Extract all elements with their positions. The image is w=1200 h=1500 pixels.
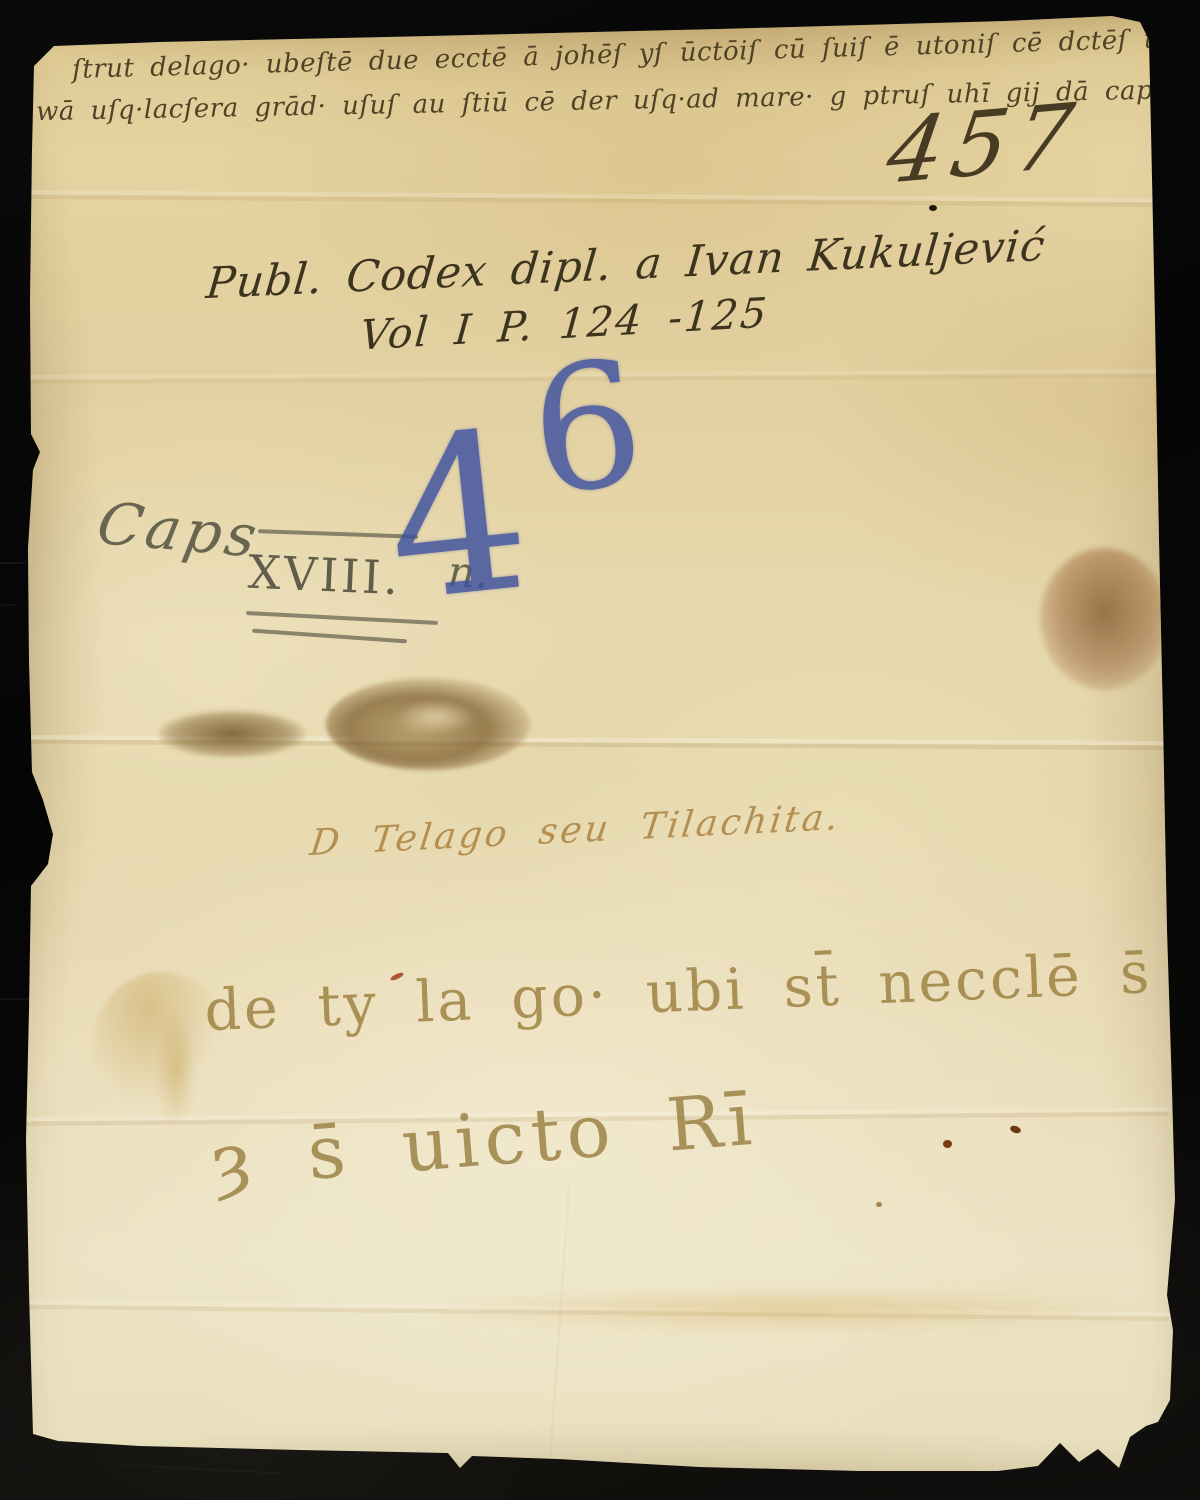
large-dorsal-title-line-2: ȝ s̄ uicto Rī	[210, 1077, 761, 1205]
medieval-script-line-1: ſtrut delago· ubeſtē due ecctē ā johēſ y…	[72, 25, 1147, 85]
archive-number: 457	[880, 83, 1088, 205]
rust-stain	[1040, 548, 1168, 690]
background-scratch	[0, 604, 18, 606]
underline-stroke	[252, 629, 407, 644]
ink-speck	[876, 1202, 882, 1207]
title-note-faded: D Telago seu Tilachita.	[308, 797, 844, 864]
shelfmark-capsa-roman-numeral: XVIII.	[247, 545, 402, 606]
ink-stain-small	[158, 710, 306, 758]
blue-digit-6: 6	[524, 341, 650, 515]
background-scratch	[120, 1464, 280, 1474]
blue-digit-4: 4	[378, 408, 538, 628]
background-scratch	[0, 562, 26, 565]
fold-crease	[20, 1300, 1170, 1321]
shelfmark-number-blue: 4 6	[378, 395, 660, 628]
background-scratch	[0, 998, 34, 1001]
shelfmark-caps-label: Caps	[92, 489, 266, 570]
fold-crease	[20, 735, 1170, 750]
large-dorsal-title-line-1: de ty la go· ubi st̄ necclē s̄ johī	[203, 934, 1200, 1044]
discolored-crease-band	[430, 1288, 1150, 1332]
ink-speck	[943, 1140, 952, 1148]
parchment-sheet: ſtrut delago· ubeſtē due ecctē ā johēſ y…	[0, 0, 1200, 1500]
vertical-crease	[546, 1180, 571, 1460]
medieval-script-line-2: wā uſq·lacſera grād· uſuſ au ſtiū cē der…	[36, 79, 988, 127]
ink-speck	[929, 205, 937, 211]
ink-stain-large	[326, 678, 530, 770]
photograph-stage: ſtrut delago· ubeſtē due ecctē ā johēſ y…	[0, 0, 1200, 1500]
ink-speck	[1009, 1124, 1022, 1134]
stain-highlight	[396, 700, 476, 734]
